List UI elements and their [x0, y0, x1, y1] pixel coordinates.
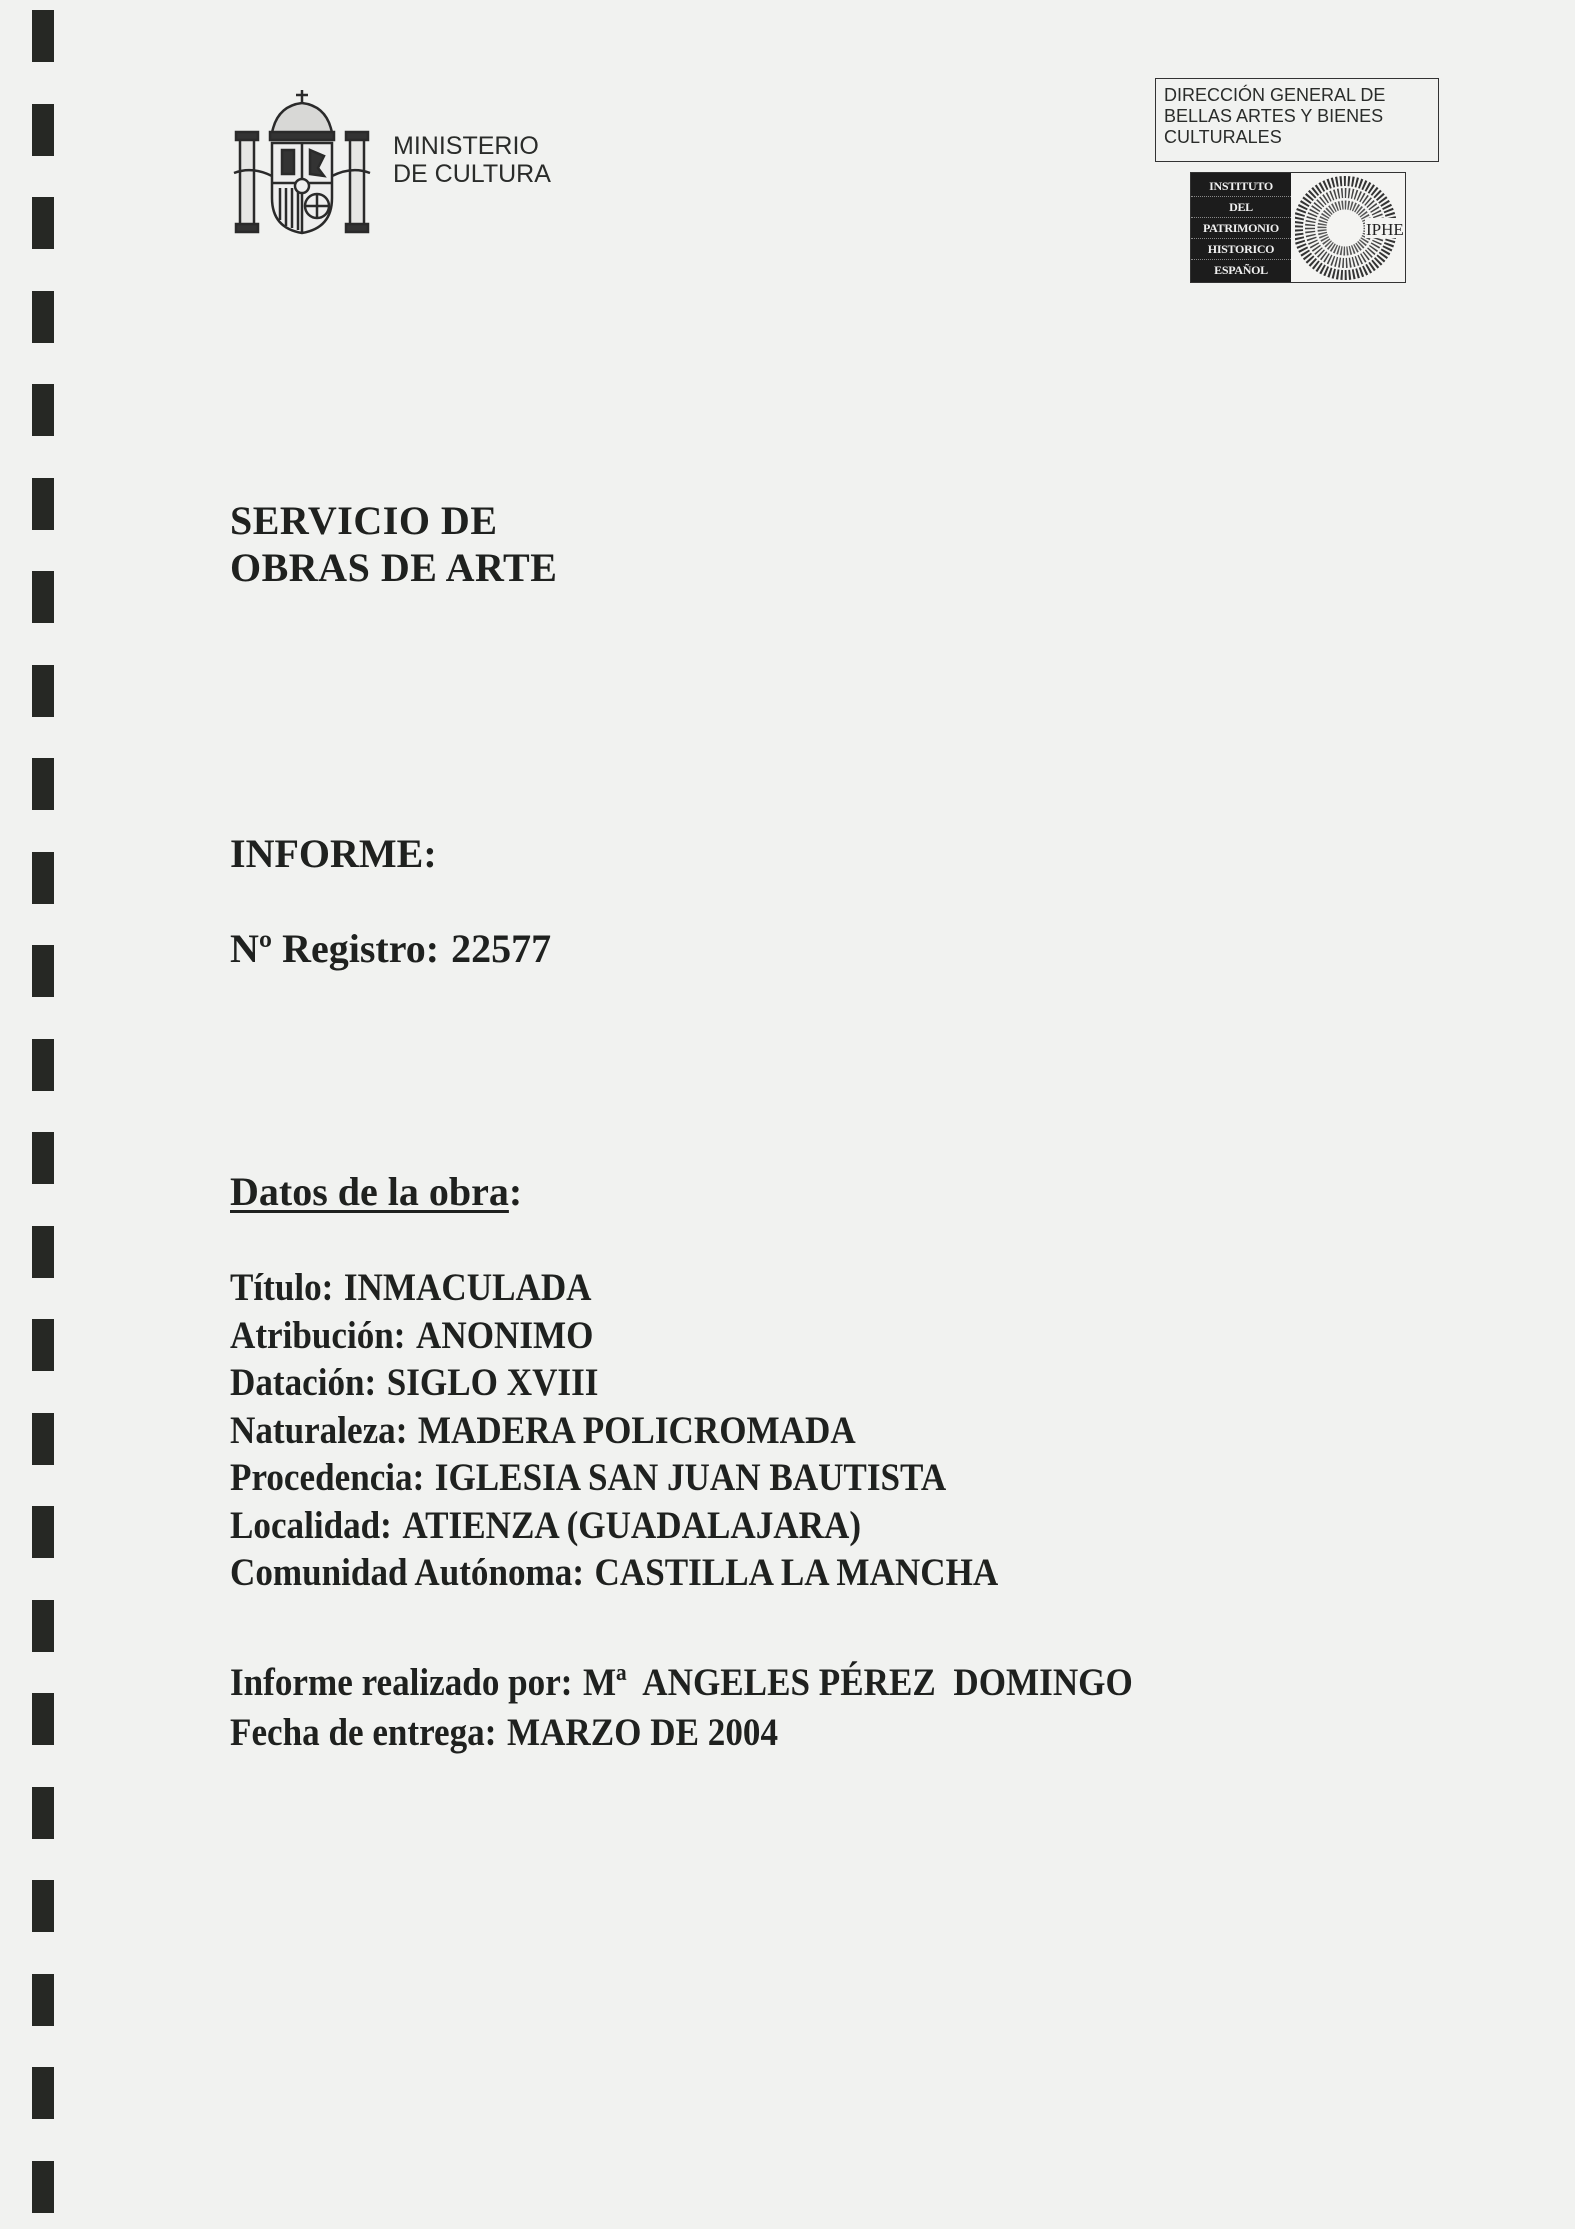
artwork-field: Naturaleza:MADERA POLICROMADA — [230, 1407, 998, 1455]
field-label: Localidad: — [230, 1504, 392, 1547]
binder-hole — [32, 758, 54, 810]
iphe-institute-name: INSTITUTO DEL PATRIMONIO HISTORICO ESPAÑ… — [1191, 173, 1291, 282]
ministry-name-line2: DE CULTURA — [393, 160, 551, 188]
binder-hole — [32, 1413, 54, 1465]
binder-hole — [32, 1506, 54, 1558]
field-label: Naturaleza: — [230, 1409, 407, 1452]
binder-hole — [32, 945, 54, 997]
artwork-field: Atribución:ANONIMO — [230, 1312, 998, 1360]
field-label: Atribución: — [230, 1314, 406, 1357]
field-value: MADERA POLICROMADA — [418, 1409, 856, 1452]
iphe-line: DEL — [1191, 197, 1291, 218]
artwork-data-heading: Datos de la obra: — [230, 1168, 522, 1215]
field-label: Procedencia: — [230, 1456, 424, 1499]
iphe-line: HISTORICO — [1191, 239, 1291, 260]
binder-hole — [32, 1319, 54, 1371]
ministry-name-line1: MINISTERIO — [393, 132, 551, 160]
artwork-field: Título:INMACULADA — [230, 1264, 998, 1312]
binder-hole — [32, 2161, 54, 2213]
artwork-field: Localidad:ATIENZA (GUADALAJARA) — [230, 1502, 998, 1550]
artwork-field: Procedencia:IGLESIA SAN JUAN BAUTISTA — [230, 1454, 998, 1502]
field-value: SIGLO XVIII — [387, 1361, 599, 1404]
field-value: CASTILLA LA MANCHA — [595, 1551, 999, 1594]
binder-hole — [32, 2067, 54, 2119]
registry-label: Nº Registro: — [230, 926, 439, 971]
author-label: Informe realizado por: — [230, 1661, 572, 1704]
artwork-fields: Título:INMACULADAAtribución:ANONIMODatac… — [230, 1264, 1084, 1597]
service-title-line2: OBRAS DE ARTE — [230, 544, 557, 591]
directorate-line2: BELLAS ARTES Y BIENES — [1164, 106, 1430, 127]
binder-holes — [0, 0, 80, 2229]
binder-hole — [32, 1039, 54, 1091]
field-value: ANONIMO — [416, 1314, 593, 1357]
iphe-line: ESPAÑOL — [1191, 260, 1291, 280]
binder-hole — [32, 1600, 54, 1652]
field-value: INMACULADA — [344, 1266, 592, 1309]
binder-hole — [32, 1693, 54, 1745]
service-title-line1: SERVICIO DE — [230, 497, 557, 544]
report-label: INFORME: — [230, 830, 437, 877]
directorate-box: DIRECCIÓN GENERAL DE BELLAS ARTES Y BIEN… — [1155, 78, 1439, 162]
iphe-line: INSTITUTO — [1191, 176, 1291, 197]
iphe-circular-seal-icon: IPHE — [1291, 173, 1405, 282]
artwork-data-heading-text: Datos de la obra — [230, 1169, 509, 1214]
directorate-line1: DIRECCIÓN GENERAL DE — [1164, 85, 1430, 106]
delivery-date: Fecha de entrega:MARZO DE 2004 — [230, 1708, 1133, 1758]
report-author: Informe realizado por:Mª ANGELES PÉREZ D… — [230, 1658, 1133, 1708]
artwork-field: Comunidad Autónoma:CASTILLA LA MANCHA — [230, 1549, 998, 1597]
registry-number: Nº Registro:22577 — [230, 925, 551, 972]
date-value: MARZO DE 2004 — [507, 1711, 778, 1754]
binder-hole — [32, 1787, 54, 1839]
binder-hole — [32, 197, 54, 249]
binder-hole — [32, 571, 54, 623]
field-value: ATIENZA (GUADALAJARA) — [402, 1504, 861, 1547]
binder-hole — [32, 291, 54, 343]
iphe-line: PATRIMONIO — [1191, 218, 1291, 239]
spanish-coat-of-arms-icon — [232, 88, 372, 238]
svg-text:IPHE: IPHE — [1366, 220, 1403, 239]
binder-hole — [32, 1880, 54, 1932]
binder-hole — [32, 104, 54, 156]
binder-hole — [32, 478, 54, 530]
credits: Informe realizado por:Mª ANGELES PÉREZ D… — [230, 1658, 1233, 1758]
binder-hole — [32, 10, 54, 62]
field-label: Datación: — [230, 1361, 376, 1404]
field-value: IGLESIA SAN JUAN BAUTISTA — [435, 1456, 946, 1499]
artwork-field: Datación:SIGLO XVIII — [230, 1359, 998, 1407]
binder-hole — [32, 1226, 54, 1278]
iphe-logo: INSTITUTO DEL PATRIMONIO HISTORICO ESPAÑ… — [1190, 172, 1406, 283]
field-label: Título: — [230, 1266, 333, 1309]
date-label: Fecha de entrega: — [230, 1711, 496, 1754]
field-label: Comunidad Autónoma: — [230, 1551, 584, 1594]
heading-colon: : — [509, 1169, 522, 1214]
directorate-line3: CULTURALES — [1164, 127, 1430, 148]
binder-hole — [32, 1132, 54, 1184]
binder-hole — [32, 384, 54, 436]
binder-hole — [32, 1974, 54, 2026]
registry-value: 22577 — [451, 926, 551, 971]
binder-hole — [32, 852, 54, 904]
binder-hole — [32, 665, 54, 717]
author-value: Mª ANGELES PÉREZ DOMINGO — [583, 1661, 1133, 1704]
ministry-name: MINISTERIO DE CULTURA — [393, 132, 551, 188]
service-title: SERVICIO DE OBRAS DE ARTE — [230, 497, 557, 591]
